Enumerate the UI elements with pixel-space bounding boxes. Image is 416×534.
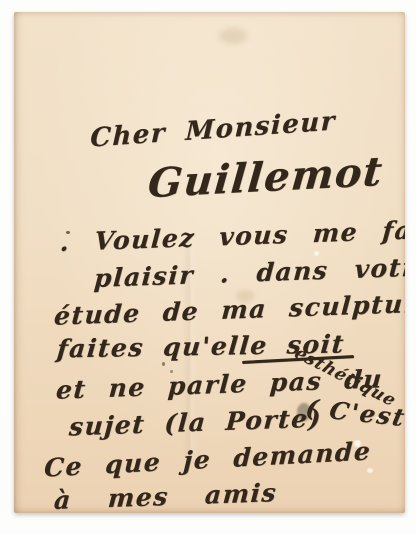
salutation-line-2-name: Guillemot <box>146 150 385 207</box>
handwriting-line: à mes amis <box>53 479 278 513</box>
letter-photograph: Cher Monsieur Guillemot . Voulez vous me… <box>0 0 416 534</box>
paper-speck <box>367 468 373 473</box>
handwriting-line: sujet (la Porte) <box>68 405 323 441</box>
handwriting-line: . Voulez vous me faire <box>59 215 405 256</box>
handwriting-line: Ce que je demande <box>44 437 373 482</box>
paper-stain <box>219 28 247 44</box>
handwriting-line: étude de ma sculpture <box>53 289 405 330</box>
handwriting-line: plaisir . dans votre <box>93 253 405 292</box>
ink-speck <box>162 362 165 366</box>
salutation-line-1: Cher Monsieur <box>90 107 336 153</box>
letter-paper: Cher Monsieur Guillemot . Voulez vous me… <box>14 12 405 513</box>
